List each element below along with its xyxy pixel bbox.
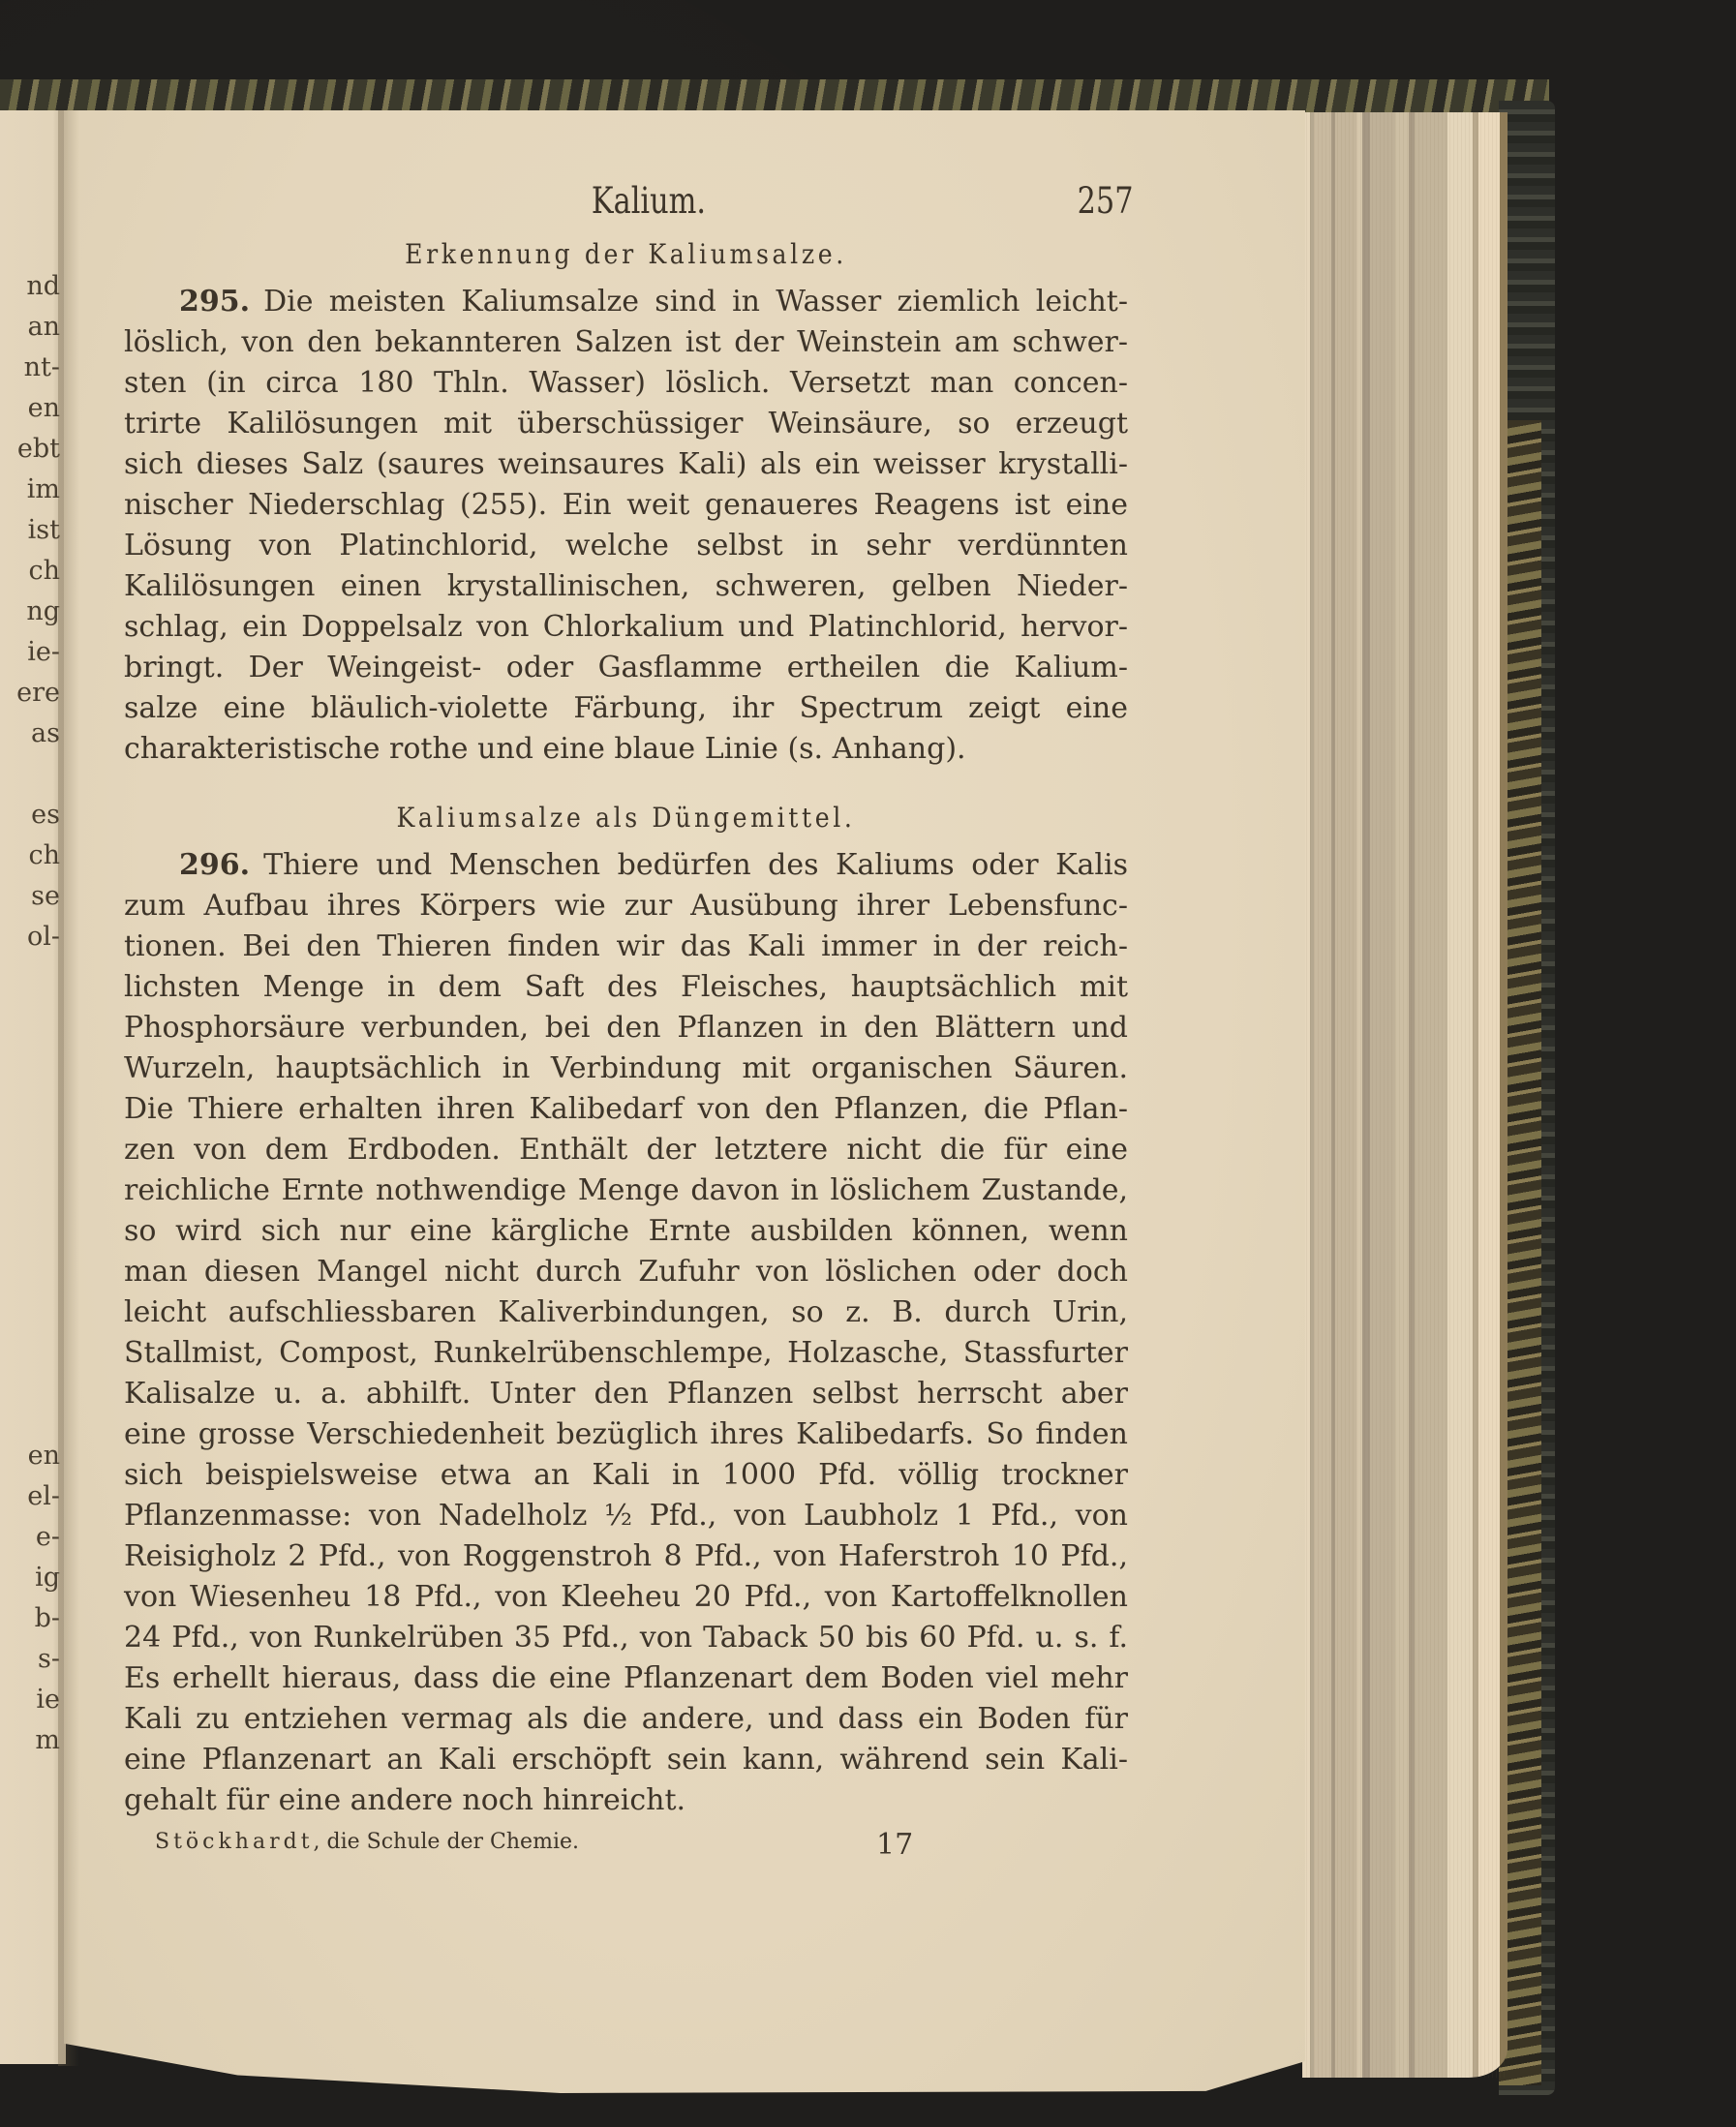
text-line: schlag, ein Doppelsalz von Chlorkalium u… xyxy=(124,608,1128,647)
text-line: 296.Thiere und Menschen bedürfen des Kal… xyxy=(179,846,1128,885)
text-line: leicht aufschliessbaren Kaliverbindungen… xyxy=(124,1293,1128,1332)
text-line: 295.Die meisten Kaliumsalze sind in Wass… xyxy=(179,283,1128,321)
paragraph-number: 295. xyxy=(179,285,250,319)
text-line: Kalilösungen einen krystallinischen, sch… xyxy=(124,567,1128,606)
text-line: eine grosse Verschiedenheit bezüglich ih… xyxy=(124,1415,1128,1454)
left-fragment-text: as xyxy=(31,720,60,746)
text-line: sich beispielsweise etwa an Kali in 1000… xyxy=(124,1456,1128,1495)
left-fragment-text: im xyxy=(27,476,60,502)
text-line: Kali zu entziehen vermag als die andere,… xyxy=(124,1700,1128,1739)
text-line: trirte Kalilösungen mit überschüssiger W… xyxy=(124,405,1128,443)
left-fragment-text: nd xyxy=(26,273,60,299)
text-line: sich dieses Salz (saures weinsaures Kali… xyxy=(124,445,1128,484)
text-line: zum Aufbau ihres Körpers wie zur Ausübun… xyxy=(124,887,1128,926)
left-fragment-text: ebt xyxy=(17,436,60,462)
text-line: gehalt für eine andere noch hinreicht. xyxy=(124,1781,1128,1820)
left-fragment-text: an xyxy=(28,314,61,340)
left-fragment-text: ere xyxy=(16,680,60,706)
left-fragment-text: ol- xyxy=(27,924,60,950)
text-line: nischer Niederschlag (255). Ein weit gen… xyxy=(124,486,1128,525)
text-line: lichsten Menge in dem Saft des Fleisches… xyxy=(124,968,1128,1007)
page-gutter-shadow xyxy=(58,110,79,2066)
left-fragment-text: ig xyxy=(35,1565,60,1591)
book-cover-top-edge xyxy=(0,79,1549,114)
left-fragment-text: en xyxy=(28,395,60,421)
left-fragment-text: ie xyxy=(36,1686,60,1713)
left-fragment-text: el- xyxy=(27,1483,60,1509)
paragraph-number: 296. xyxy=(179,848,250,882)
left-fragment-text: b- xyxy=(35,1605,60,1631)
footer-signature: Stöckhardt, die Schule der Chemie. xyxy=(155,1830,579,1854)
text-line: salze eine bläulich-violette Färbung, ih… xyxy=(124,689,1128,728)
left-fragment-text: es xyxy=(31,802,60,828)
left-fragment-text: s- xyxy=(38,1646,60,1672)
text-line: man diesen Mangel nicht durch Zufuhr von… xyxy=(124,1253,1128,1291)
running-title: Kalium. xyxy=(545,180,751,222)
text-line: so wird sich nur eine kärgliche Ernte au… xyxy=(124,1212,1128,1251)
left-fragment-text: ng xyxy=(26,598,60,624)
page-number: 257 xyxy=(1078,180,1133,222)
text-line: Pflanzenmasse: von Nadelholz ½ Pfd., von… xyxy=(124,1497,1128,1535)
text-line: sten (in circa 180 Thln. Wasser) löslich… xyxy=(124,364,1128,403)
text-line: löslich, von den bekannteren Salzen ist … xyxy=(124,323,1128,362)
section-heading: Kaliumsalze als Düngemittel. xyxy=(174,802,1078,834)
text-line: bringt. Der Weingeist- oder Gasflamme er… xyxy=(124,649,1128,687)
left-fragment-text: m xyxy=(35,1727,60,1753)
text-line: Wurzeln, hauptsächlich in Verbindung mit… xyxy=(124,1049,1128,1088)
left-page-fragment: nd an nt- en ebt im ist ch ng ie- ere as… xyxy=(0,110,66,2064)
text-line: Stallmist, Compost, Runkelrübenschlempe,… xyxy=(124,1334,1128,1373)
text-line: reichliche Ernte nothwendige Menge davon… xyxy=(124,1171,1128,1210)
sheet-number: 17 xyxy=(876,1828,913,1862)
line-text: Die meisten Kaliumsalze sind in Wasser z… xyxy=(263,285,1128,319)
left-fragment-text: se xyxy=(31,883,60,909)
text-line: Es erhellt hieraus, dass die eine Pflanz… xyxy=(124,1659,1128,1698)
text-line: eine Pflanzenart an Kali erschöpft sein … xyxy=(124,1741,1128,1779)
left-fragment-text: e- xyxy=(36,1524,60,1550)
section-heading: Erkennung der Kaliumsalze. xyxy=(174,238,1078,270)
left-fragment-text: ist xyxy=(28,517,60,543)
left-fragment-text: ch xyxy=(28,842,60,868)
page-stack-edges xyxy=(1302,112,1508,2078)
text-line: Lösung von Platinchlorid, welche selbst … xyxy=(124,527,1128,565)
text-line: Reisigholz 2 Pfd., von Roggenstroh 8 Pfd… xyxy=(124,1537,1128,1576)
left-fragment-text: ie- xyxy=(27,639,60,665)
left-fragment-text: en xyxy=(28,1443,60,1469)
left-fragment-text: nt- xyxy=(24,354,60,380)
text-line: charakteristische rothe und eine blaue L… xyxy=(124,730,1128,769)
text-line: Phosphorsäure verbunden, bei den Pflanze… xyxy=(124,1009,1128,1048)
left-fragment-text: ch xyxy=(28,558,60,584)
text-line: zen von dem Erdboden. Enthält der letzte… xyxy=(124,1131,1128,1170)
text-line: Die Thiere erhalten ihren Kalibedarf von… xyxy=(124,1090,1128,1129)
text-line: von Wiesenheu 18 Pfd., von Kleeheu 20 Pf… xyxy=(124,1578,1128,1617)
line-text: Thiere und Menschen bedürfen des Kaliums… xyxy=(263,848,1128,882)
footer-book-title: , die Schule der Chemie. xyxy=(314,1830,579,1854)
text-line: tionen. Bei den Thieren finden wir das K… xyxy=(124,927,1128,966)
footer-author: Stöckhardt xyxy=(155,1830,314,1854)
text-line: Kalisalze u. a. abhilft. Unter den Pflan… xyxy=(124,1375,1128,1413)
text-line: 24 Pfd., von Runkelrüben 35 Pfd., von Ta… xyxy=(124,1619,1128,1657)
